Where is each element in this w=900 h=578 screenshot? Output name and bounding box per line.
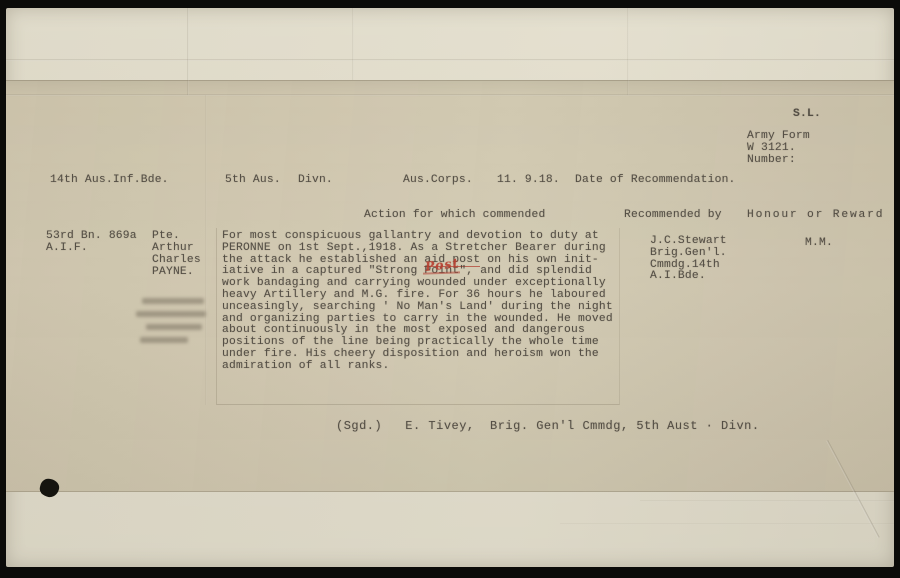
text-line: admiration of all ranks. — [222, 361, 613, 373]
text-line: heavy Artillery and M.G. fire. For 36 ho… — [222, 290, 613, 302]
recommendation-date: 11. 9.18. — [497, 175, 560, 187]
corps-name: Aus.Corps. — [403, 175, 473, 187]
column-header-action: Action for which commended — [364, 210, 545, 222]
bleed-through-smudge — [140, 337, 188, 343]
signature-line: (Sgd.) E. Tivey, Brig. Gen'l Cmmdg, 5th … — [336, 421, 760, 433]
bleed-through-smudge — [146, 324, 202, 330]
text-line: Brig.Gen'l. — [650, 248, 727, 260]
number-label: Number: — [747, 155, 796, 167]
bleed-through-smudge — [136, 311, 206, 317]
column-header-recommended-by: Recommended by — [624, 210, 722, 222]
text-line: under fire. His cheery disposition and h… — [222, 349, 613, 361]
corner-mark: S.L. — [793, 109, 821, 121]
scanned-document: S.L. Army Form W 3121. Number: 14th Aus.… — [0, 0, 900, 578]
text-line: PAYNE. — [152, 267, 201, 279]
text-line: A.I.Bde. — [650, 271, 727, 283]
honour-awarded: M.M. — [805, 238, 833, 250]
soldier-name: ArthurCharlesPAYNE. — [152, 243, 201, 278]
division-suffix: Divn. — [298, 175, 333, 187]
text-line: Charles — [152, 255, 201, 267]
column-header-honour: Honour or Reward — [747, 210, 884, 222]
division-name: 5th Aus. — [225, 175, 281, 187]
soldier-force: A.I.F. — [46, 243, 88, 255]
citation-text: For most conspicuous gallantry and devot… — [222, 231, 613, 373]
recommending-officer: J.C.StewartBrig.Gen'l.Cmmdg.14thA.I.Bde. — [650, 236, 727, 283]
brigade-name: 14th Aus.Inf.Bde. — [50, 175, 169, 187]
bleed-through-smudge — [142, 298, 204, 304]
red-ink-correction: PointPost — [424, 265, 459, 277]
text-line: PERONNE on 1st Sept.,1918. As a Stretche… — [222, 243, 613, 255]
text-line: unceasingly, searching ' No Man's Land' … — [222, 302, 613, 314]
date-label: Date of Recommendation. — [575, 175, 736, 187]
red-handwritten-word: Post — [425, 257, 460, 273]
